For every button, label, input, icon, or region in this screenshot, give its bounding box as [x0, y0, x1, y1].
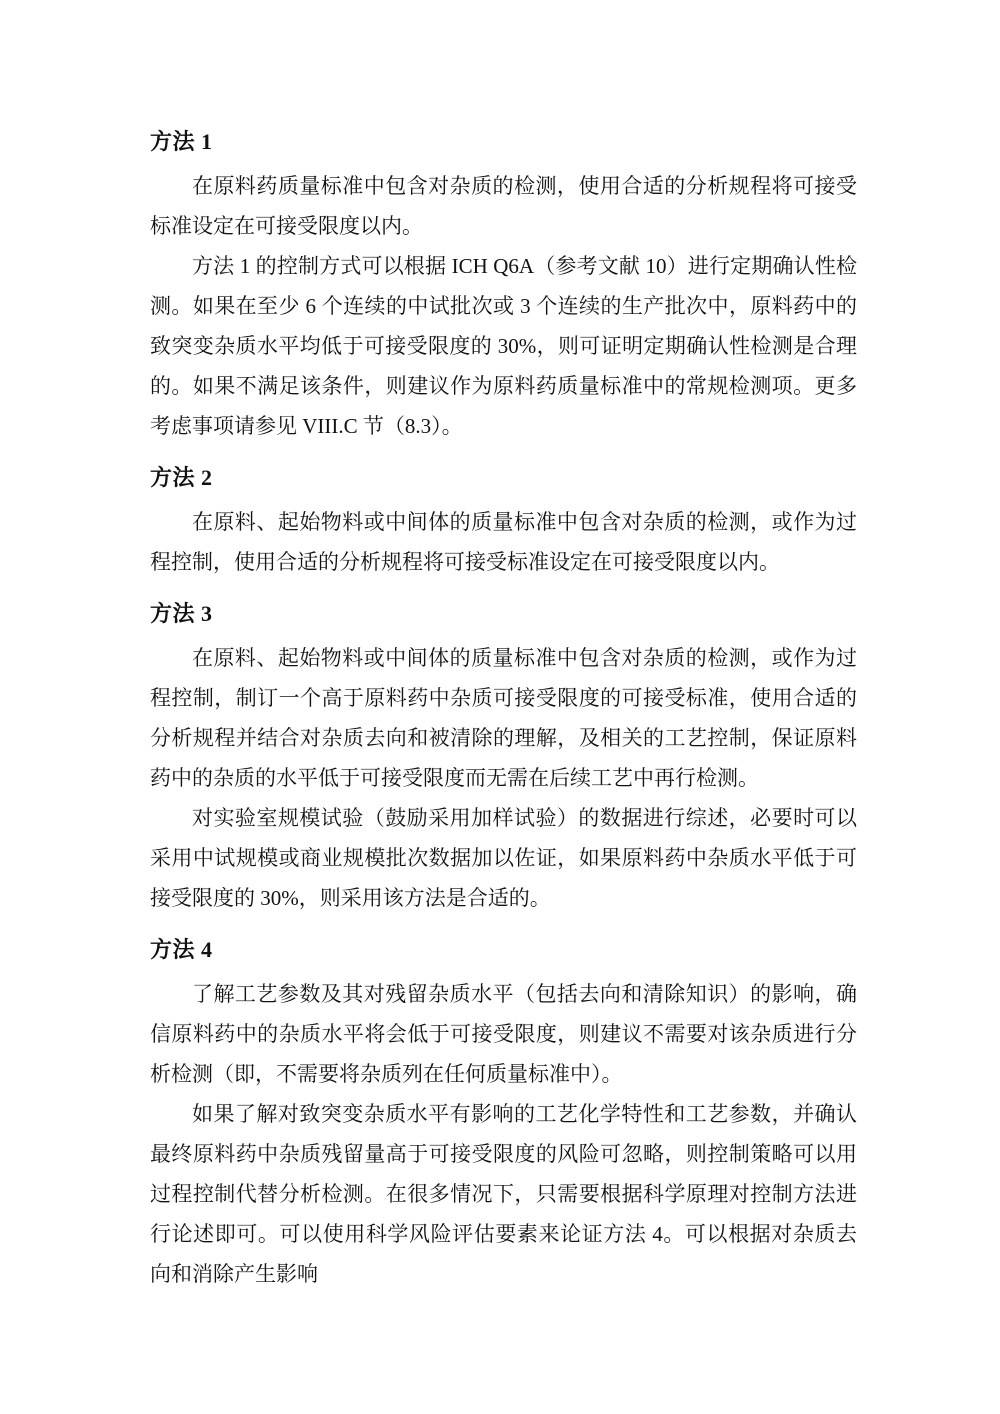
section-body-method-4: 了解工艺参数及其对残留杂质水平（包括去向和清除知识）的影响，确信原料药中的杂质水…	[150, 974, 857, 1294]
paragraph: 对实验室规模试验（鼓励采用加样试验）的数据进行综述，必要时可以采用中试规模或商业…	[150, 798, 857, 918]
paragraph: 在原料、起始物料或中间体的质量标准中包含对杂质的检测，或作为过程控制，制订一个高…	[150, 638, 857, 798]
section-method-4: 方法 4 了解工艺参数及其对残留杂质水平（包括去向和清除知识）的影响，确信原料药…	[150, 930, 857, 1294]
section-heading-method-3: 方法 3	[150, 594, 857, 634]
paragraph: 了解工艺参数及其对残留杂质水平（包括去向和清除知识）的影响，确信原料药中的杂质水…	[150, 974, 857, 1094]
section-heading-method-1: 方法 1	[150, 122, 857, 162]
section-body-method-2: 在原料、起始物料或中间体的质量标准中包含对杂质的检测，或作为过程控制，使用合适的…	[150, 502, 857, 582]
section-method-1: 方法 1 在原料药质量标准中包含对杂质的检测，使用合适的分析规程将可接受标准设定…	[150, 122, 857, 446]
section-method-3: 方法 3 在原料、起始物料或中间体的质量标准中包含对杂质的检测，或作为过程控制，…	[150, 594, 857, 918]
paragraph: 在原料药质量标准中包含对杂质的检测，使用合适的分析规程将可接受标准设定在可接受限…	[150, 166, 857, 246]
document-page: 方法 1 在原料药质量标准中包含对杂质的检测，使用合适的分析规程将可接受标准设定…	[0, 0, 1000, 1414]
section-body-method-3: 在原料、起始物料或中间体的质量标准中包含对杂质的检测，或作为过程控制，制订一个高…	[150, 638, 857, 918]
paragraph: 方法 1 的控制方式可以根据 ICH Q6A（参考文献 10）进行定期确认性检测…	[150, 246, 857, 446]
paragraph: 如果了解对致突变杂质水平有影响的工艺化学特性和工艺参数，并确认最终原料药中杂质残…	[150, 1094, 857, 1294]
section-heading-method-4: 方法 4	[150, 930, 857, 970]
paragraph: 在原料、起始物料或中间体的质量标准中包含对杂质的检测，或作为过程控制，使用合适的…	[150, 502, 857, 582]
section-method-2: 方法 2 在原料、起始物料或中间体的质量标准中包含对杂质的检测，或作为过程控制，…	[150, 458, 857, 582]
section-body-method-1: 在原料药质量标准中包含对杂质的检测，使用合适的分析规程将可接受标准设定在可接受限…	[150, 166, 857, 446]
section-heading-method-2: 方法 2	[150, 458, 857, 498]
